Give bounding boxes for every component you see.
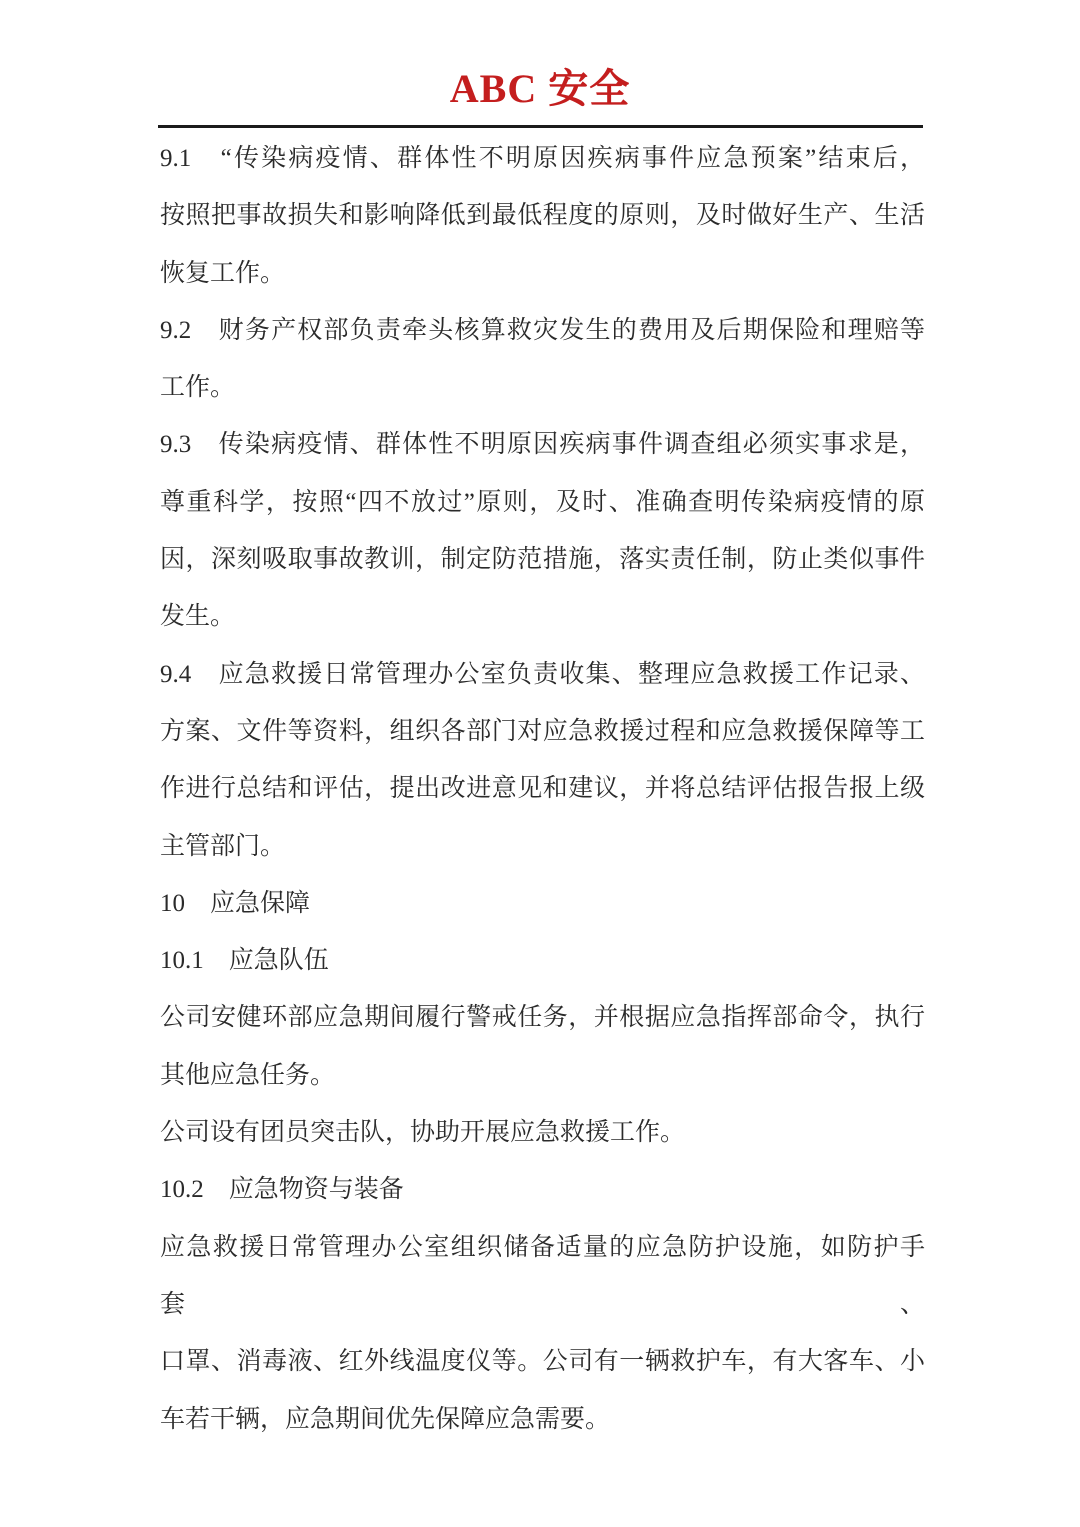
text-line: 口罩、消毒液、红外线温度仪等。公司有一辆救护车，有大客车、小 <box>160 1333 925 1390</box>
text-line: 车若干辆，应急期间优先保障应急需要。 <box>160 1391 925 1448</box>
text-line: 按照把事故损失和影响降低到最低程度的原则，及时做好生产、生活 <box>160 187 925 244</box>
text-line: 工作。 <box>160 359 925 416</box>
text-line: 尊重科学，按照“四不放过”原则，及时、准确查明传染病疫情的原 <box>160 474 925 531</box>
text-line: 9.4 应急救援日常管理办公室负责收集、整理应急救援工作记录、 <box>160 646 925 703</box>
text-line: 作进行总结和评估，提出改进意见和建议，并将总结评估报告报上级 <box>160 760 925 817</box>
text-line: 公司设有团员突击队，协助开展应急救援工作。 <box>160 1104 925 1161</box>
text-line: 9.1 “传染病疫情、群体性不明原因疾病事件应急预案”结束后， <box>160 130 925 187</box>
document-page: ABC 安全 9.1 “传染病疫情、群体性不明原因疾病事件应急预案”结束后， 按… <box>0 0 1080 1527</box>
text-line: 9.2 财务产权部负责牵头核算救灾发生的费用及后期保险和理赔等 <box>160 302 925 359</box>
text-line: 其他应急任务。 <box>160 1047 925 1104</box>
text-line: 公司安健环部应急期间履行警戒任务，并根据应急指挥部命令，执行 <box>160 989 925 1046</box>
document-title: ABC 安全 <box>0 0 1080 112</box>
text-line: 因，深刻吸取事故教训，制定防范措施，落实责任制，防止类似事件 <box>160 531 925 588</box>
text-line: 恢复工作。 <box>160 245 925 302</box>
text-line: 10 应急保障 <box>160 875 925 932</box>
text-line: 发生。 <box>160 588 925 645</box>
document-body: 9.1 “传染病疫情、群体性不明原因疾病事件应急预案”结束后， 按照把事故损失和… <box>160 130 925 1448</box>
title-divider <box>158 125 923 128</box>
text-line: 10.2 应急物资与装备 <box>160 1161 925 1218</box>
text-line: 9.3 传染病疫情、群体性不明原因疾病事件调查组必须实事求是， <box>160 416 925 473</box>
text-line: 方案、文件等资料，组织各部门对应急救援过程和应急救援保障等工 <box>160 703 925 760</box>
text-line: 应急救援日常管理办公室组织储备适量的应急防护设施，如防护手套、 <box>160 1219 925 1334</box>
text-line: 10.1 应急队伍 <box>160 932 925 989</box>
text-line: 主管部门。 <box>160 818 925 875</box>
